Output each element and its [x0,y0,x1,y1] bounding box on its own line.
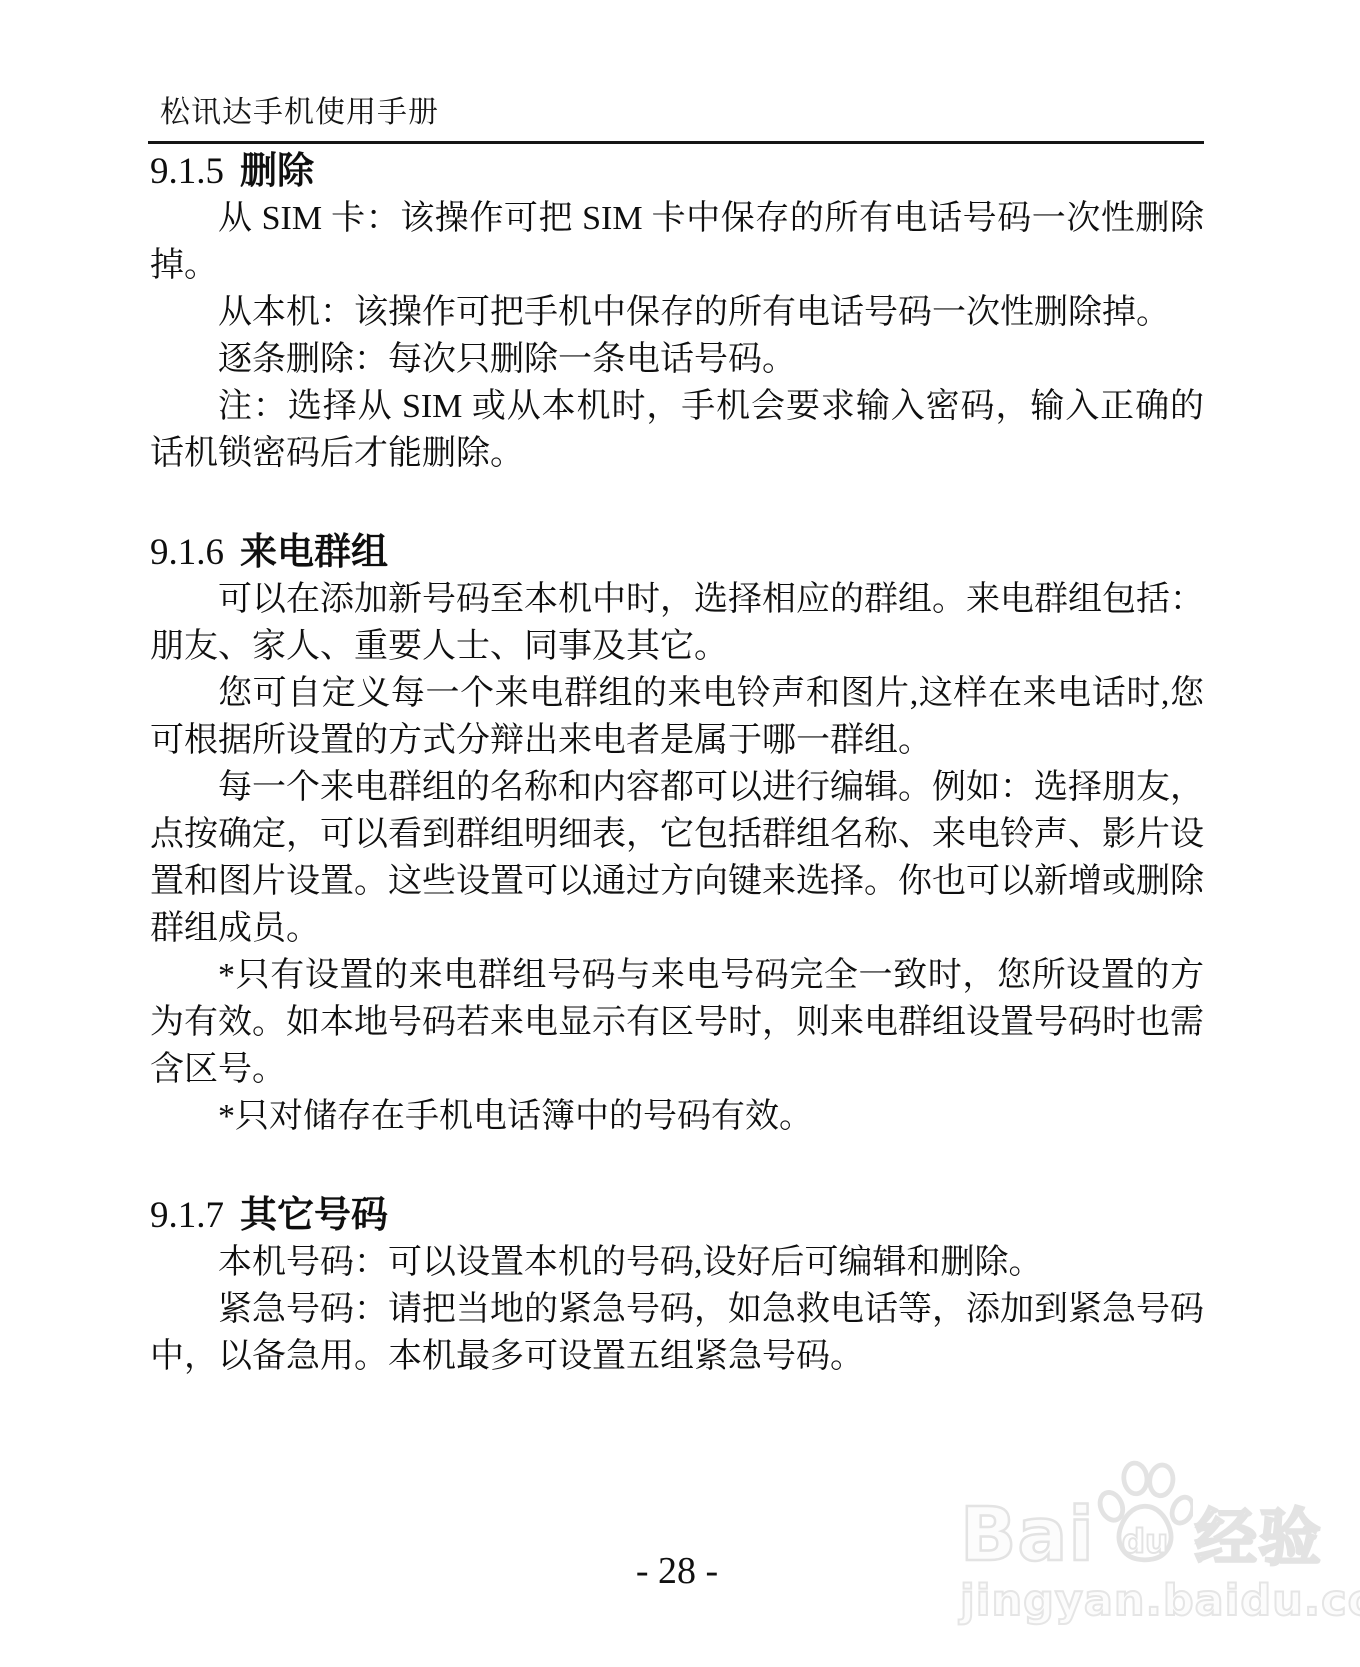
body-paragraph: 每一个来电群组的名称和内容都可以进行编辑。例如：选择朋友，点按确定，可以看到群组… [150,764,1204,952]
manual-page: 松讯达手机使用手册 9.1.5删除从 SIM 卡：该操作可把 SIM 卡中保存的… [0,0,1360,1667]
watermark-text-jingyan: 经验 [1195,1510,1323,1566]
section-title: 删除 [240,151,314,192]
body-paragraph: 注：选择从 SIM 或从本机时，手机会要求输入密码，输入正确的话机锁密码后才能删… [150,383,1204,477]
body-paragraph: *只有设置的来电群组号码与来电号码完全一致时，您所设置的方为有效。如本地号码若来… [150,952,1204,1093]
body-paragraph: *只对储存在手机电话簿中的号码有效。 [150,1093,1204,1140]
body-paragraph: 逐条删除：每次只删除一条电话号码。 [150,336,1204,383]
body-paragraph: 您可自定义每一个来电群组的来电铃声和图片,这样在来电话时,您可根据所设置的方式分… [150,670,1204,764]
section-heading: 9.1.5删除 [150,148,1204,195]
body-paragraph: 从本机：该操作可把手机中保存的所有电话号码一次性删除掉。 [150,289,1204,336]
section-heading: 9.1.6来电群组 [150,529,1204,576]
section-number: 9.1.5 [150,151,224,192]
header-rule [148,141,1204,144]
body-paragraph: 可以在添加新号码至本机中时，选择相应的群组。来电群组包括：朋友、家人、重要人士、… [150,576,1204,670]
section-9.1.6: 9.1.6来电群组可以在添加新号码至本机中时，选择相应的群组。来电群组包括：朋友… [150,529,1204,1140]
section-number: 9.1.6 [150,532,224,573]
section-title: 来电群组 [240,532,388,573]
page-content: 9.1.5删除从 SIM 卡：该操作可把 SIM 卡中保存的所有电话号码一次性删… [150,148,1204,1380]
page-header-title: 松讯达手机使用手册 [160,94,439,132]
body-paragraph: 本机号码：可以设置本机的号码,设好后可编辑和删除。 [150,1239,1204,1286]
section-number: 9.1.7 [150,1195,224,1236]
body-paragraph: 紧急号码：请把当地的紧急号码，如急救电话等，添加到紧急号码中，以备急用。本机最多… [150,1286,1204,1380]
section-9.1.7: 9.1.7其它号码本机号码：可以设置本机的号码,设好后可编辑和删除。紧急号码：请… [150,1192,1204,1380]
section-9.1.5: 9.1.5删除从 SIM 卡：该操作可把 SIM 卡中保存的所有电话号码一次性删… [150,148,1204,477]
page-footer: - 28 - [150,1549,1204,1593]
section-heading: 9.1.7其它号码 [150,1192,1204,1239]
body-paragraph: 从 SIM 卡：该操作可把 SIM 卡中保存的所有电话号码一次性删除掉。 [150,195,1204,289]
page-number: - 28 - [636,1550,718,1592]
section-title: 其它号码 [240,1195,388,1236]
baidu-jingyan-watermark: Bai du 经验 jingyan.baidu.com [960,1456,1305,1626]
